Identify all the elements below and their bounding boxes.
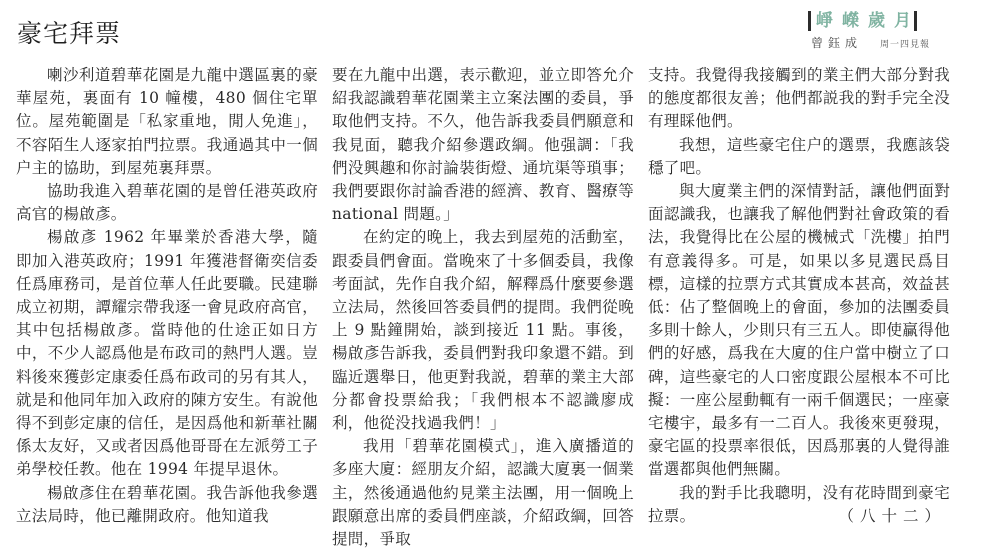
paragraph: 與大廈業主們的深情對話，讓他們面對面認識我，也讓我了解他們對社會政策的看法，我覺…	[648, 180, 950, 482]
episode-number: （八十二）	[807, 505, 946, 528]
left-bar-divider	[808, 11, 811, 31]
article-body: 喇沙利道碧華花園是九龍中選區裏的豪華屋苑，裏面有 10 幢樓，480 個住宅單位…	[16, 64, 965, 551]
column-name-row: 崢嶸歲月	[808, 10, 968, 32]
column-masthead: 崢嶸歲月 曾鈺成 周一四見報	[808, 10, 968, 51]
text-column-1: 喇沙利道碧華花園是九龍中選區裏的豪華屋苑，裏面有 10 幢樓，480 個住宅單位…	[16, 64, 318, 551]
byline: 曾鈺成 周一四見報	[808, 34, 968, 51]
right-bar-divider	[914, 11, 917, 31]
paragraph: 我用「碧華花園模式」，進入廣播道的多座大廈：經朋友介紹，認識大廈裏一個業主，然後…	[332, 435, 634, 551]
paragraph: 我想，這些豪宅住户的選票，我應該袋穩了吧。	[648, 134, 950, 180]
column-name: 崢嶸歲月	[816, 10, 920, 32]
text-column-2: 要在九龍中出選，表示歡迎，並立即答允介紹我認識碧華花園業主立案法團的委員，爭取他…	[332, 64, 634, 551]
paragraph: 支持。我覺得我接觸到的業主們大部分對我的態度都很友善；他們都説我的對手完全没有理…	[648, 64, 950, 134]
paragraph-final: 我的對手比我聰明，没有花時間到豪宅拉票。（八十二）	[648, 482, 950, 528]
paragraph: 要在九龍中出選，表示歡迎，並立即答允介紹我認識碧華花園業主立案法團的委員，爭取他…	[332, 64, 634, 226]
paragraph: 楊啟彥 1962 年畢業於香港大學，隨即加入港英政府；1991 年獲港督衛奕信委…	[16, 226, 318, 481]
text-column-3: 支持。我覺得我接觸到的業主們大部分對我的態度都很友善；他們都説我的對手完全没有理…	[648, 64, 950, 551]
article-title: 豪宅拜票	[17, 14, 121, 50]
author-name: 曾鈺成	[811, 34, 862, 51]
paragraph: 在約定的晚上，我去到屋苑的活動室，跟委員們會面。當晚來了十多個委員，我像考面試，…	[332, 226, 634, 435]
publication-schedule: 周一四見報	[880, 37, 930, 50]
paragraph: 楊啟彥住在碧華花園。我告訴他我參選立法局時，他已離開政府。他知道我	[16, 482, 318, 528]
paragraph: 協助我進入碧華花園的是曾任港英政府高官的楊啟彥。	[16, 180, 318, 226]
paragraph: 喇沙利道碧華花園是九龍中選區裏的豪華屋苑，裏面有 10 幢樓，480 個住宅單位…	[16, 64, 318, 180]
